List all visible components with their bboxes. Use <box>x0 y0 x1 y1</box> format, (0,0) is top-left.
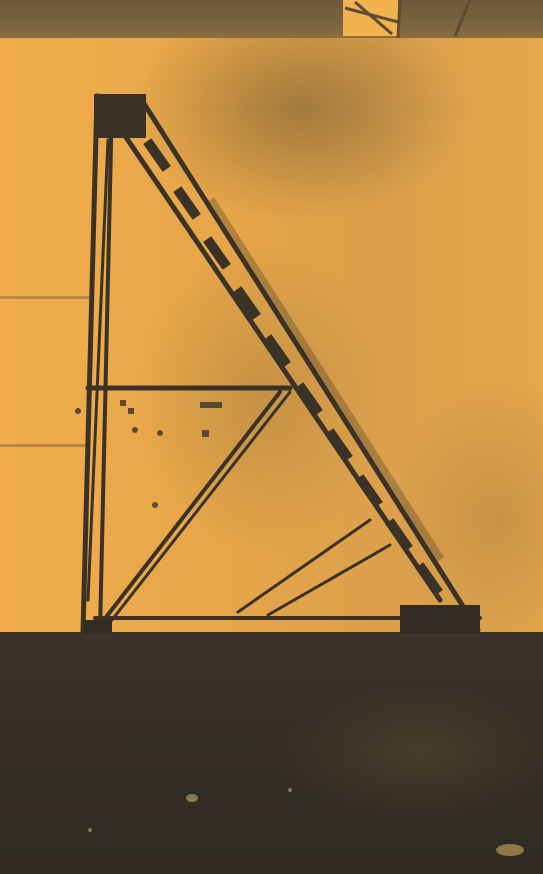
top-platform <box>94 94 146 138</box>
photograph: Duotone orange-and-brown photograph of a… <box>0 0 543 874</box>
ladder-graphic <box>0 0 543 874</box>
